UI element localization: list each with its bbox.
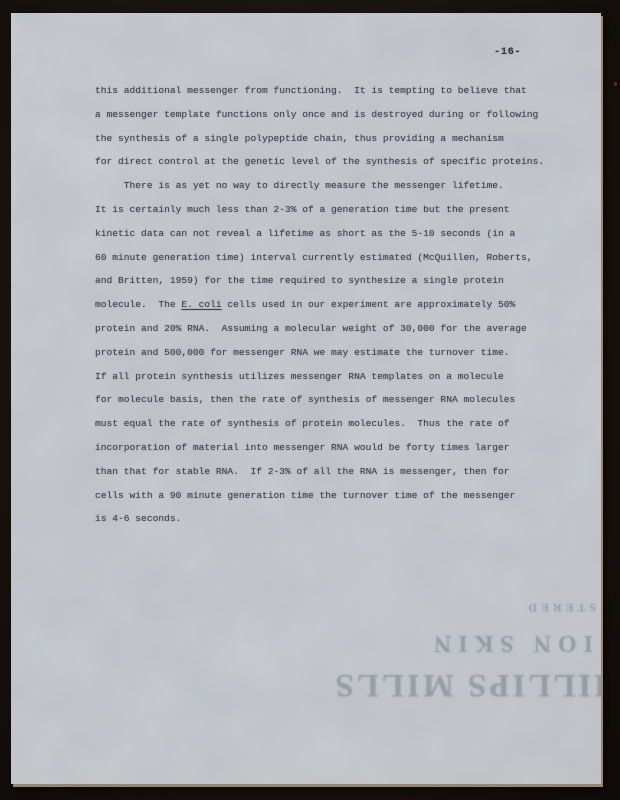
text-line: and Britten, 1959) for the time required… [95, 269, 575, 293]
text-line: incorporation of material into messenger… [95, 436, 575, 460]
watermark-bleedthrough: PHILLIPS MILLS ONION SKIN REGISTERED [299, 569, 601, 707]
text-segment: for direct control at the genetic level … [95, 156, 544, 167]
text-segment: There is as yet no way to directly measu… [95, 180, 504, 191]
text-line: than that for stable RNA. If 2-3% of all… [95, 460, 575, 484]
text-line: 60 minute generation time) interval curr… [95, 246, 575, 270]
text-segment: It is certainly much less than 2-3% of a… [95, 204, 510, 215]
text-line: cells with a 90 minute generation time t… [95, 484, 575, 508]
document-page: PHILLIPS MILLS ONION SKIN REGISTERED -16… [11, 13, 601, 784]
text-segment: this additional messenger from functioni… [95, 85, 527, 96]
text-segment: and Britten, 1959) for the time required… [95, 275, 504, 286]
text-segment: kinetic data can not reveal a lifetime a… [95, 228, 515, 239]
text-line: molecule. The E. coli cells used in our … [95, 293, 575, 317]
text-segment: cells with a 90 minute generation time t… [95, 490, 515, 501]
text-line: protein and 500,000 for messenger RNA we… [95, 341, 575, 365]
text-segment: protein and 500,000 for messenger RNA we… [95, 347, 510, 358]
text-line: for direct control at the genetic level … [95, 150, 575, 174]
text-line: It is certainly much less than 2-3% of a… [95, 198, 575, 222]
typed-text: this additional messenger from functioni… [95, 79, 575, 531]
text-segment: the synthesis of a single polypeptide ch… [95, 133, 504, 144]
underlined-text-segment: E. coli [181, 299, 221, 310]
text-segment: for molecule basis, then the rate of syn… [95, 394, 515, 405]
text-segment: is 4-6 seconds. [95, 513, 181, 524]
text-line: must equal the rate of synthesis of prot… [95, 412, 575, 436]
text-segment: molecule. The [95, 299, 181, 310]
text-line: is 4-6 seconds. [95, 507, 575, 531]
dust-speck [614, 82, 617, 86]
text-segment: protein and 20% RNA. Assuming a molecula… [95, 323, 527, 334]
page-number: -16- [494, 46, 521, 58]
text-line: for molecule basis, then the rate of syn… [95, 388, 575, 412]
text-segment: than that for stable RNA. If 2-3% of all… [95, 466, 510, 477]
text-line: a messenger template functions only once… [95, 103, 575, 127]
text-line: this additional messenger from functioni… [95, 79, 575, 103]
text-line: the synthesis of a single polypeptide ch… [95, 127, 575, 151]
text-segment: must equal the rate of synthesis of prot… [95, 418, 510, 429]
watermark-line-2: ONION SKIN [299, 623, 601, 663]
text-segment: 60 minute generation time) interval curr… [95, 252, 533, 263]
text-segment: If all protein synthesis utilizes messen… [95, 371, 504, 382]
text-segment: a messenger template functions only once… [95, 109, 538, 120]
watermark-line-3: REGISTERED [299, 593, 601, 623]
text-line: kinetic data can not reveal a lifetime a… [95, 222, 575, 246]
scan-background: PHILLIPS MILLS ONION SKIN REGISTERED -16… [0, 0, 620, 800]
text-segment: cells used in our experiment are approxi… [222, 299, 516, 310]
text-segment: incorporation of material into messenger… [95, 442, 510, 453]
text-line: There is as yet no way to directly measu… [95, 174, 575, 198]
text-line: If all protein synthesis utilizes messen… [95, 365, 575, 389]
watermark-line-1: PHILLIPS MILLS [299, 663, 601, 707]
text-line: protein and 20% RNA. Assuming a molecula… [95, 317, 575, 341]
